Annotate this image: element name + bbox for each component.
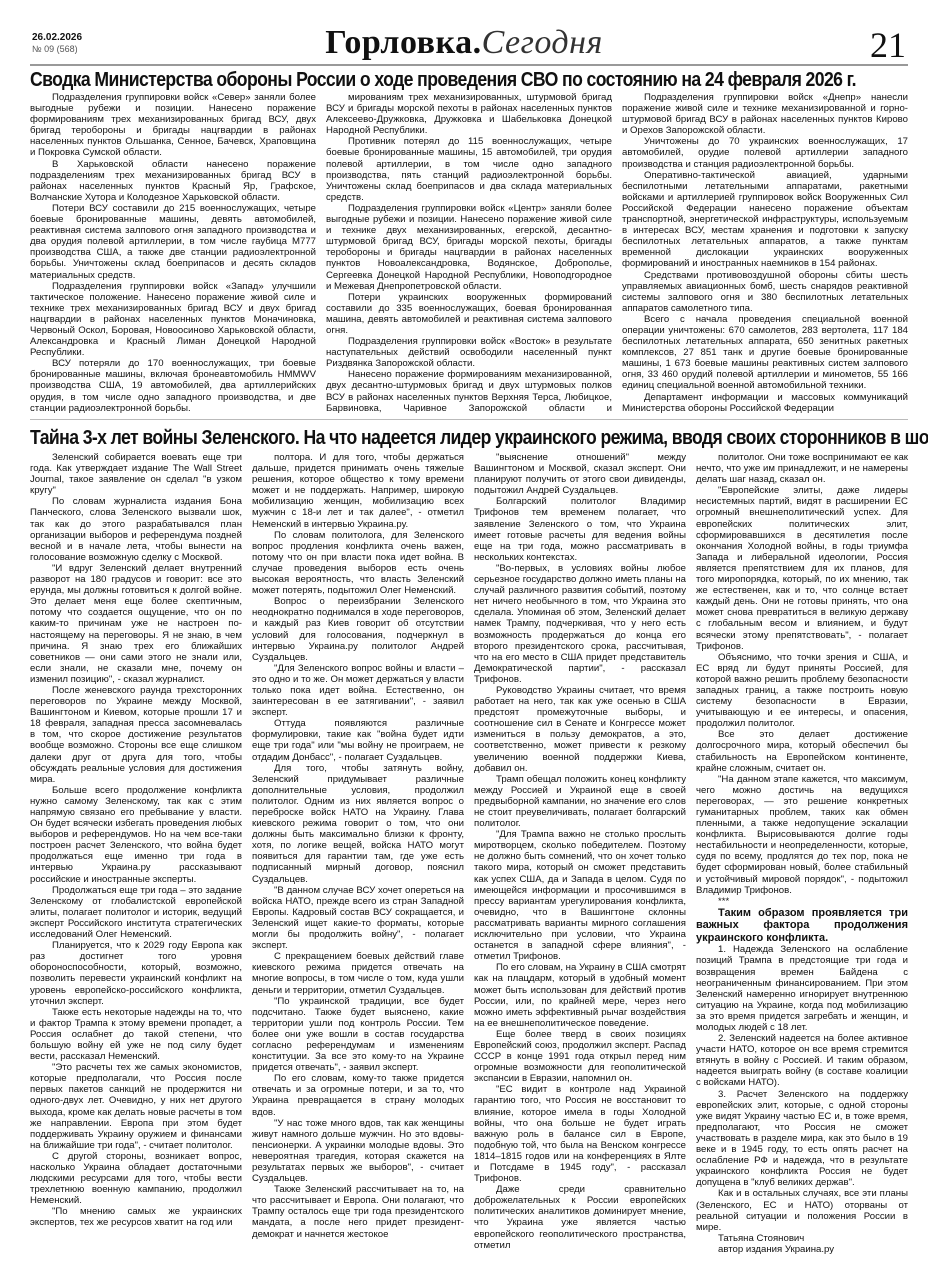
brand-main: Горловка. (325, 24, 481, 61)
article1-column-1: Подразделения группировки войск «Север» … (30, 92, 316, 414)
paragraph: 1. Надежда Зеленского на ослабление пози… (696, 944, 908, 1033)
paragraph: Больше всего продолжение конфликта нужно… (30, 785, 242, 885)
paragraph: Как и в остальных случаях, все эти планы… (696, 1188, 908, 1232)
paragraph: Подразделения группировки войск «Восток»… (326, 336, 612, 369)
paragraph: ВСУ потеряли до 170 военнослужащих, три … (30, 358, 316, 413)
paragraph: полтора. И для того, чтобы держаться дал… (252, 452, 464, 530)
article2-column-4: политолог. Они тоже воспринимают ее как … (696, 452, 908, 1274)
paragraph: По его словам, кому-то также придется от… (252, 1073, 464, 1117)
paragraph: Еще более тверд в своих позициях Европей… (474, 1029, 686, 1084)
article2-headline: Тайна 3-х лет войны Зеленского. На что н… (30, 426, 785, 450)
paragraph: "Это расчеты тех же самых экономистов, к… (30, 1062, 242, 1151)
paragraph: Потери украинских вооруженных формирован… (326, 292, 612, 336)
paragraph: 3. Расчет Зеленского на поддержку европе… (696, 1089, 908, 1189)
article2-column-4-text: политолог. Они тоже воспринимают ее как … (696, 452, 908, 896)
paragraph: Всего с начала проведения специальной во… (622, 314, 908, 392)
paragraph: После женевского раунда трехсторонних пе… (30, 685, 242, 785)
conclusion-heading: Таким образом проявляется три важных фак… (696, 907, 908, 945)
article-divider (30, 419, 908, 420)
paragraph: Продолжаться еще три года – это задание … (30, 885, 242, 940)
paragraph: "На данном этапе кажется, что максимум, … (696, 774, 908, 896)
paragraph: 2. Зеленский надеется на более активное … (696, 1033, 908, 1088)
paragraph: "Во-первых, в условиях войны любое серье… (474, 563, 686, 685)
paragraph: Противник потерял до 115 военнослужащих,… (326, 136, 612, 203)
newspaper-logo: Горловка.Сегодня (0, 24, 928, 62)
paragraph: "По украинской традиции, все будет подсч… (252, 996, 464, 1074)
paragraph: политолог. Они тоже воспринимают ее как … (696, 452, 908, 485)
section-stars: *** (696, 896, 908, 907)
paragraph: По его словам, на Украину в США смотрят … (474, 962, 686, 1029)
conclusion-points: 1. Надежда Зеленского на ослабление пози… (696, 944, 908, 1232)
paragraph: "В данном случае ВСУ хочет опереться на … (252, 885, 464, 952)
article1-body: Подразделения группировки войск «Север» … (30, 92, 908, 414)
article2-body: Зеленский собирается воевать еще три год… (30, 452, 908, 1274)
paragraph: "И вдруг Зеленский делает внутренний раз… (30, 563, 242, 685)
article1-column-3: Подразделения группировки войск «Днепр» … (622, 92, 908, 414)
masthead-rule (30, 64, 908, 66)
paragraph: Трамп обещал положить конец конфликту ме… (474, 774, 686, 829)
paragraph: Уничтожены до 70 украинских военнослужащ… (622, 136, 908, 169)
paragraph: "Для Зеленского вопрос войны и власти – … (252, 663, 464, 718)
paragraph: Подразделения группировки войск «Запад» … (30, 281, 316, 359)
paragraph: С другой стороны, возникает вопрос, наск… (30, 1151, 242, 1206)
paragraph: С прекращением боевых действий главе кие… (252, 951, 464, 995)
paragraph: Подразделения группировки войск «Днепр» … (622, 92, 908, 136)
paragraph: Подразделения группировки войск «Север» … (30, 92, 316, 159)
masthead: 26.02.2026 № 09 (568) Горловка.Сегодня 2… (0, 0, 928, 72)
paragraph: Объяснимо, что точки зрения и США, и ЕС … (696, 652, 908, 730)
paragraph: Подразделения группировки войск «Центр» … (326, 203, 612, 292)
paragraph: Болгарский политолог Владимир Трифонов т… (474, 496, 686, 563)
article2-column-3: "выяснение отношений" между Вашингтоном … (474, 452, 686, 1274)
paragraph: "По мнению самых же украинских экспертов… (30, 1206, 242, 1228)
article2-column-1: Зеленский собирается воевать еще три год… (30, 452, 242, 1274)
article1-headline: Сводка Министерства обороны России о ход… (30, 68, 785, 92)
paragraph: "ЕС видит в контроле над Украиной гарант… (474, 1084, 686, 1184)
paragraph: Также есть некоторые надежды на то, что … (30, 1007, 242, 1062)
paragraph: "выяснение отношений" между Вашингтоном … (474, 452, 686, 496)
paragraph: Оттуда появляются различные формулировки… (252, 718, 464, 762)
paragraph: "Для Трампа важно не столько прослыть ми… (474, 829, 686, 962)
paragraph: "У нас тоже много вдов, так как женщины … (252, 1118, 464, 1185)
paragraph: Средствами противовоздушной обороны сбит… (622, 270, 908, 314)
author-name: Татьяна Стоянович (696, 1233, 908, 1244)
paragraph: Оперативно-тактической авиацией, ударным… (622, 170, 908, 270)
paragraph: Зеленский собирается воевать еще три год… (30, 452, 242, 496)
article2-column-2: полтора. И для того, чтобы держаться дал… (252, 452, 464, 1274)
paragraph: мированиям трех механизированных, штурмо… (326, 92, 612, 136)
paragraph: Планируется, что к 2029 году Европа как … (30, 940, 242, 1007)
paragraph: "Европейские элиты, даже лидеры несистем… (696, 485, 908, 651)
paragraph: Департамент информации и массовых коммун… (622, 392, 908, 414)
paragraph: Потери ВСУ составили до 215 военнослужащ… (30, 203, 316, 281)
paragraph: Все это делает достижение долгосрочного … (696, 729, 908, 773)
paragraph: Вопрос о переизбрании Зеленского неоднок… (252, 596, 464, 663)
paragraph: Руководство Украины считает, что время р… (474, 685, 686, 774)
paragraph: В Харьковской области нанесено поражение… (30, 159, 316, 203)
paragraph: Также Зеленский рассчитывает на то, на ч… (252, 1184, 464, 1239)
paragraph: По словам журналиста издания Бона Панчес… (30, 496, 242, 563)
brand-sub: Сегодня (482, 24, 603, 61)
paragraph: Нанесено поражение формированиям механиз… (326, 369, 612, 414)
author-role: автор издания Украина.ру (696, 1244, 908, 1255)
paragraph: По словам политолога, для Зеленского воп… (252, 530, 464, 597)
paragraph: Даже среди сравнительно доброжелательных… (474, 1184, 686, 1251)
paragraph: Для того, чтобы затянуть войну, Зеленски… (252, 763, 464, 885)
article1-column-2: мированиям трех механизированных, штурмо… (326, 92, 612, 414)
page-number: 21 (870, 24, 906, 66)
